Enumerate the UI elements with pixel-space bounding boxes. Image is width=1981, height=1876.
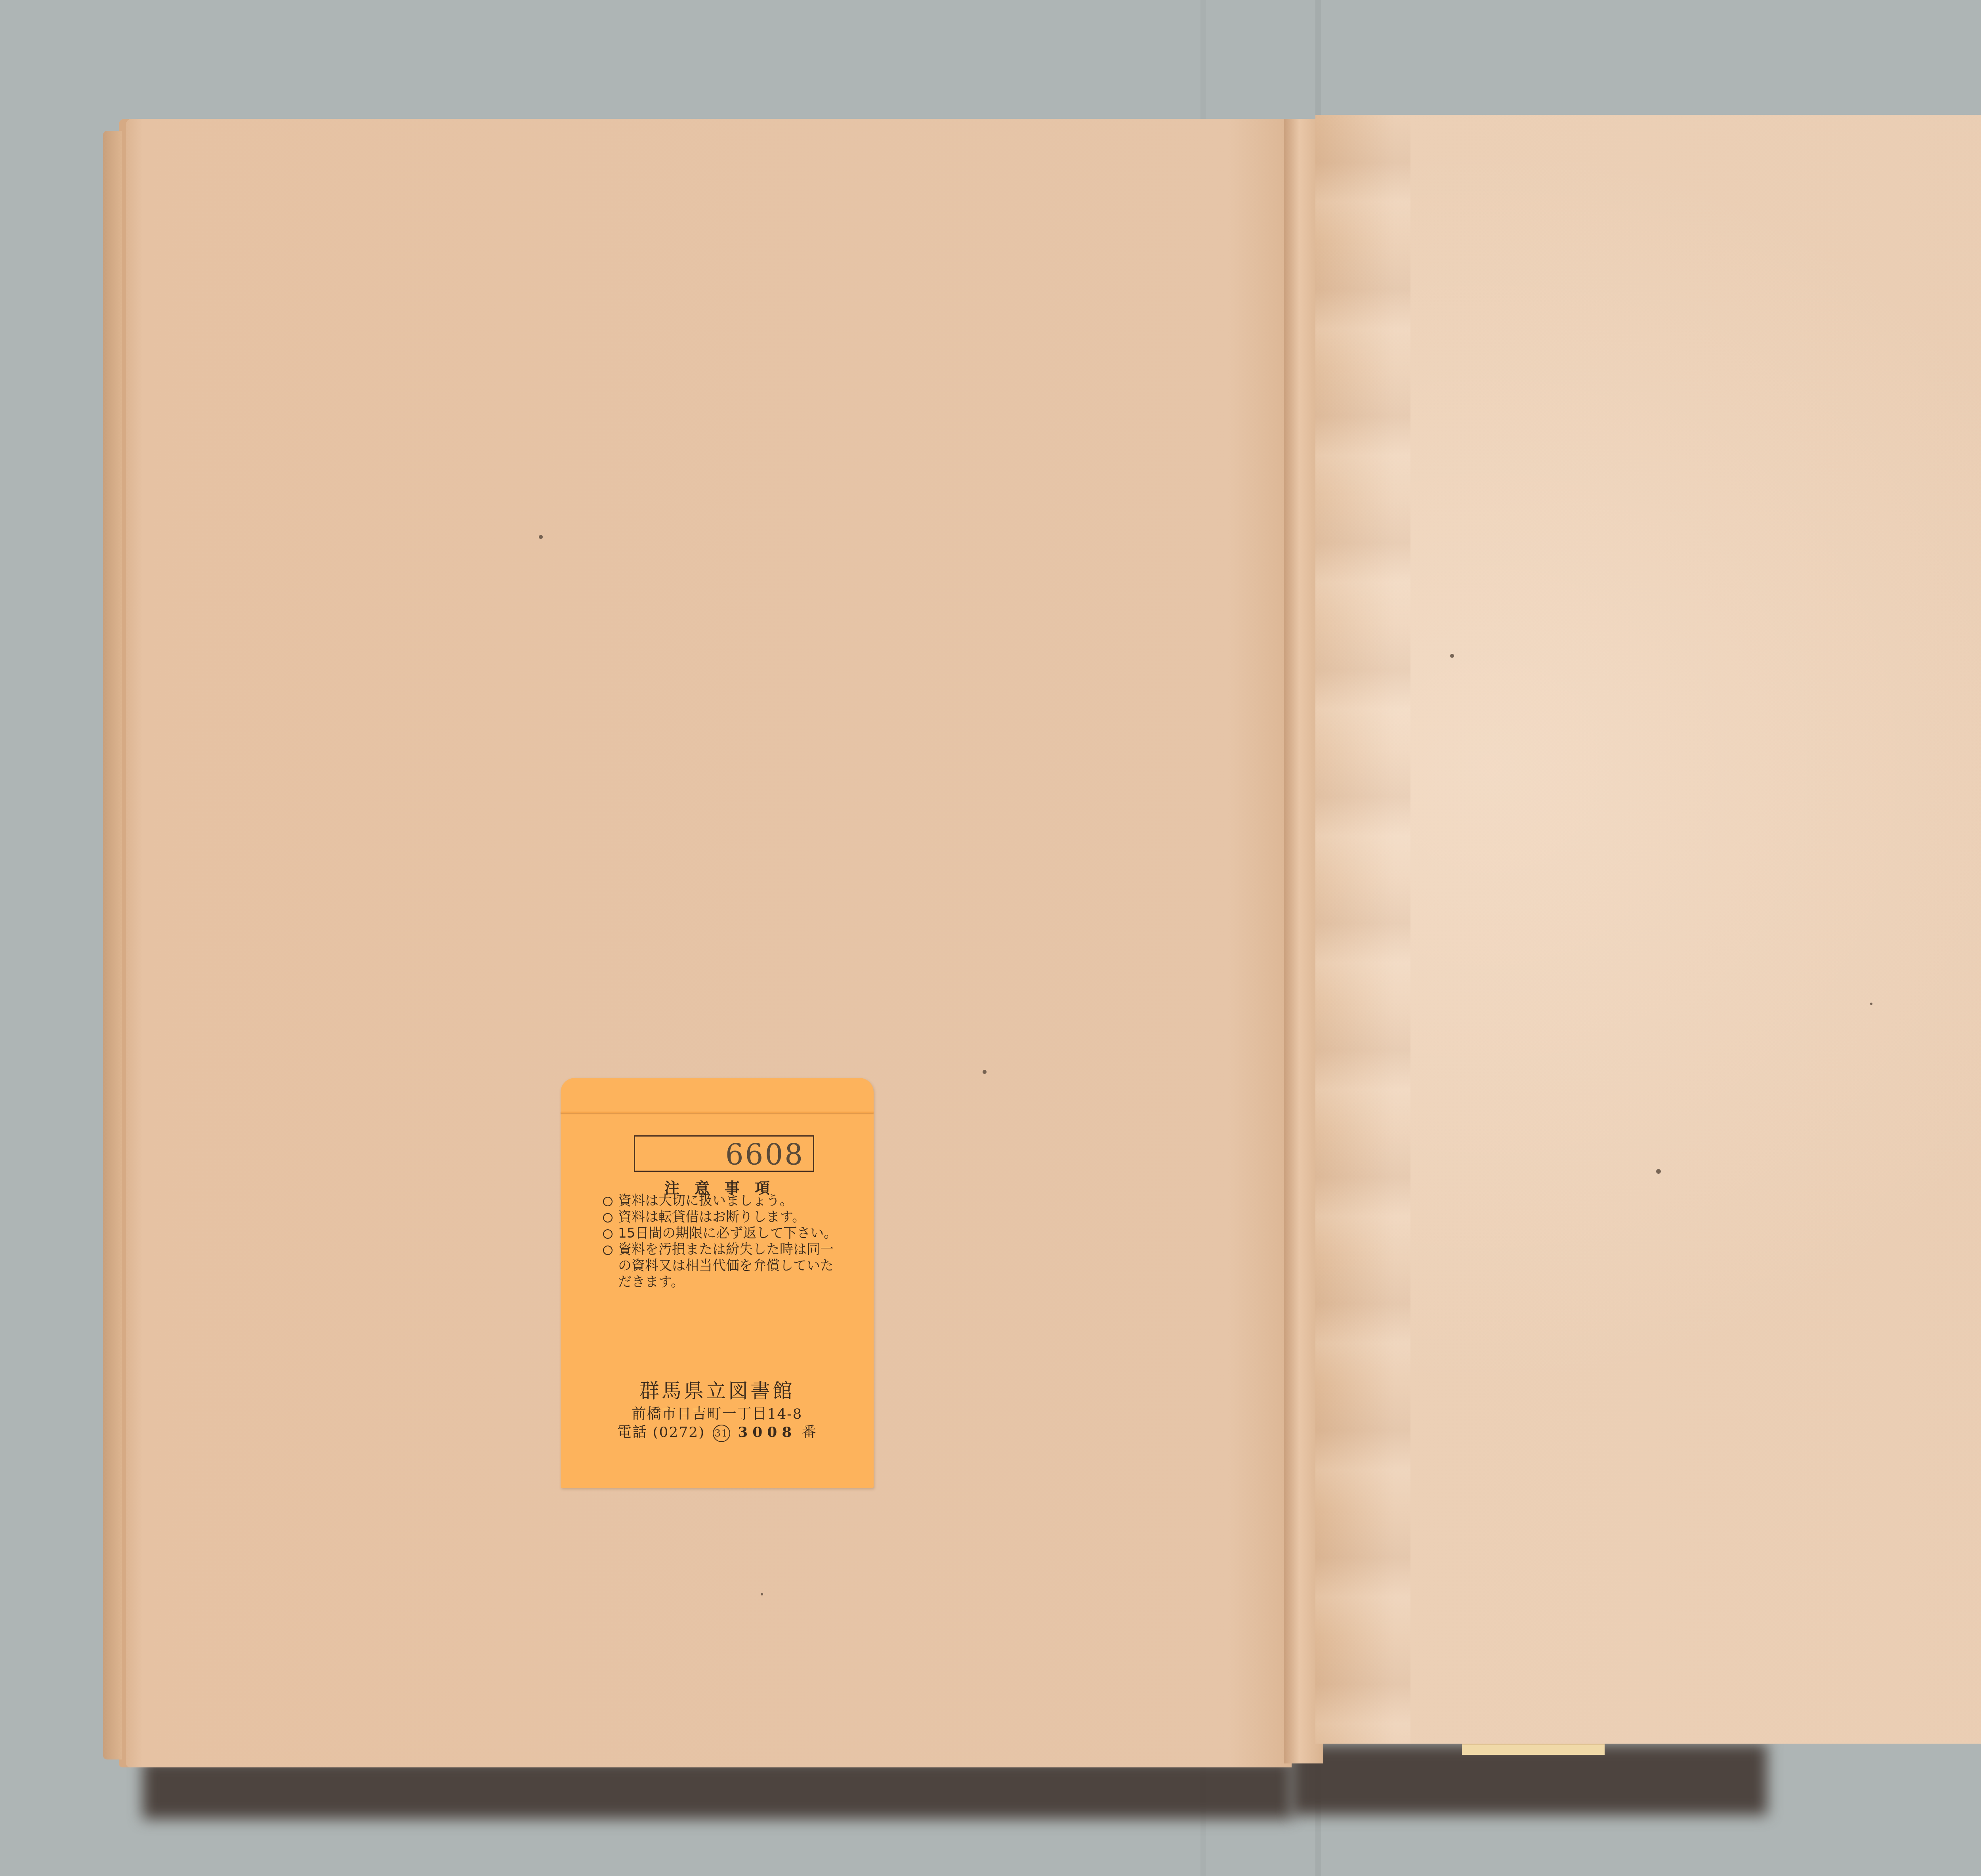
call-number-box: 6608	[634, 1135, 814, 1172]
paper-speck	[1656, 1169, 1661, 1174]
protruding-page-edges	[1462, 1744, 1605, 1755]
library-card-pocket: 6608 注意事項 資料は大切に扱いましょう。 資料は転貸借はお断りします。 1…	[561, 1078, 874, 1488]
notice-item: 資料は大切に扱いましょう。	[602, 1193, 840, 1209]
paper-speck	[1450, 654, 1454, 658]
paper-speck	[761, 1593, 763, 1595]
call-number: 6608	[725, 1138, 804, 1171]
phone-label: 電話	[617, 1424, 647, 1440]
phone-area-code: (0272)	[653, 1424, 705, 1440]
book-shadow	[143, 1759, 1292, 1819]
paper-speck	[1870, 1003, 1872, 1005]
paper-speck	[983, 1070, 987, 1074]
phone-exchange: 31	[713, 1425, 730, 1442]
library-phone: 電話 (0272) 31 3008 番	[561, 1421, 874, 1442]
notice-list: 資料は大切に扱いましょう。 資料は転貸借はお断りします。 15日間の期限に必ず返…	[602, 1193, 840, 1290]
paper-speck	[539, 535, 543, 539]
phone-number: 3008	[738, 1424, 796, 1440]
library-address: 前橋市日吉町一丁目14-8	[561, 1403, 874, 1423]
right-page	[1315, 115, 1981, 1744]
notice-item: 15日間の期限に必ず返して下さい。	[602, 1225, 840, 1242]
phone-suffix: 番	[802, 1424, 817, 1440]
left-page	[119, 119, 1292, 1767]
pocket-fold	[561, 1112, 874, 1113]
notice-item: 資料を汚損または紛失した時は同一の資料又は相当代価を弁償していただきます。	[602, 1242, 840, 1290]
notice-item: 資料は転貸借はお断りします。	[602, 1209, 840, 1225]
library-name: 群馬県立図書館	[561, 1375, 874, 1404]
